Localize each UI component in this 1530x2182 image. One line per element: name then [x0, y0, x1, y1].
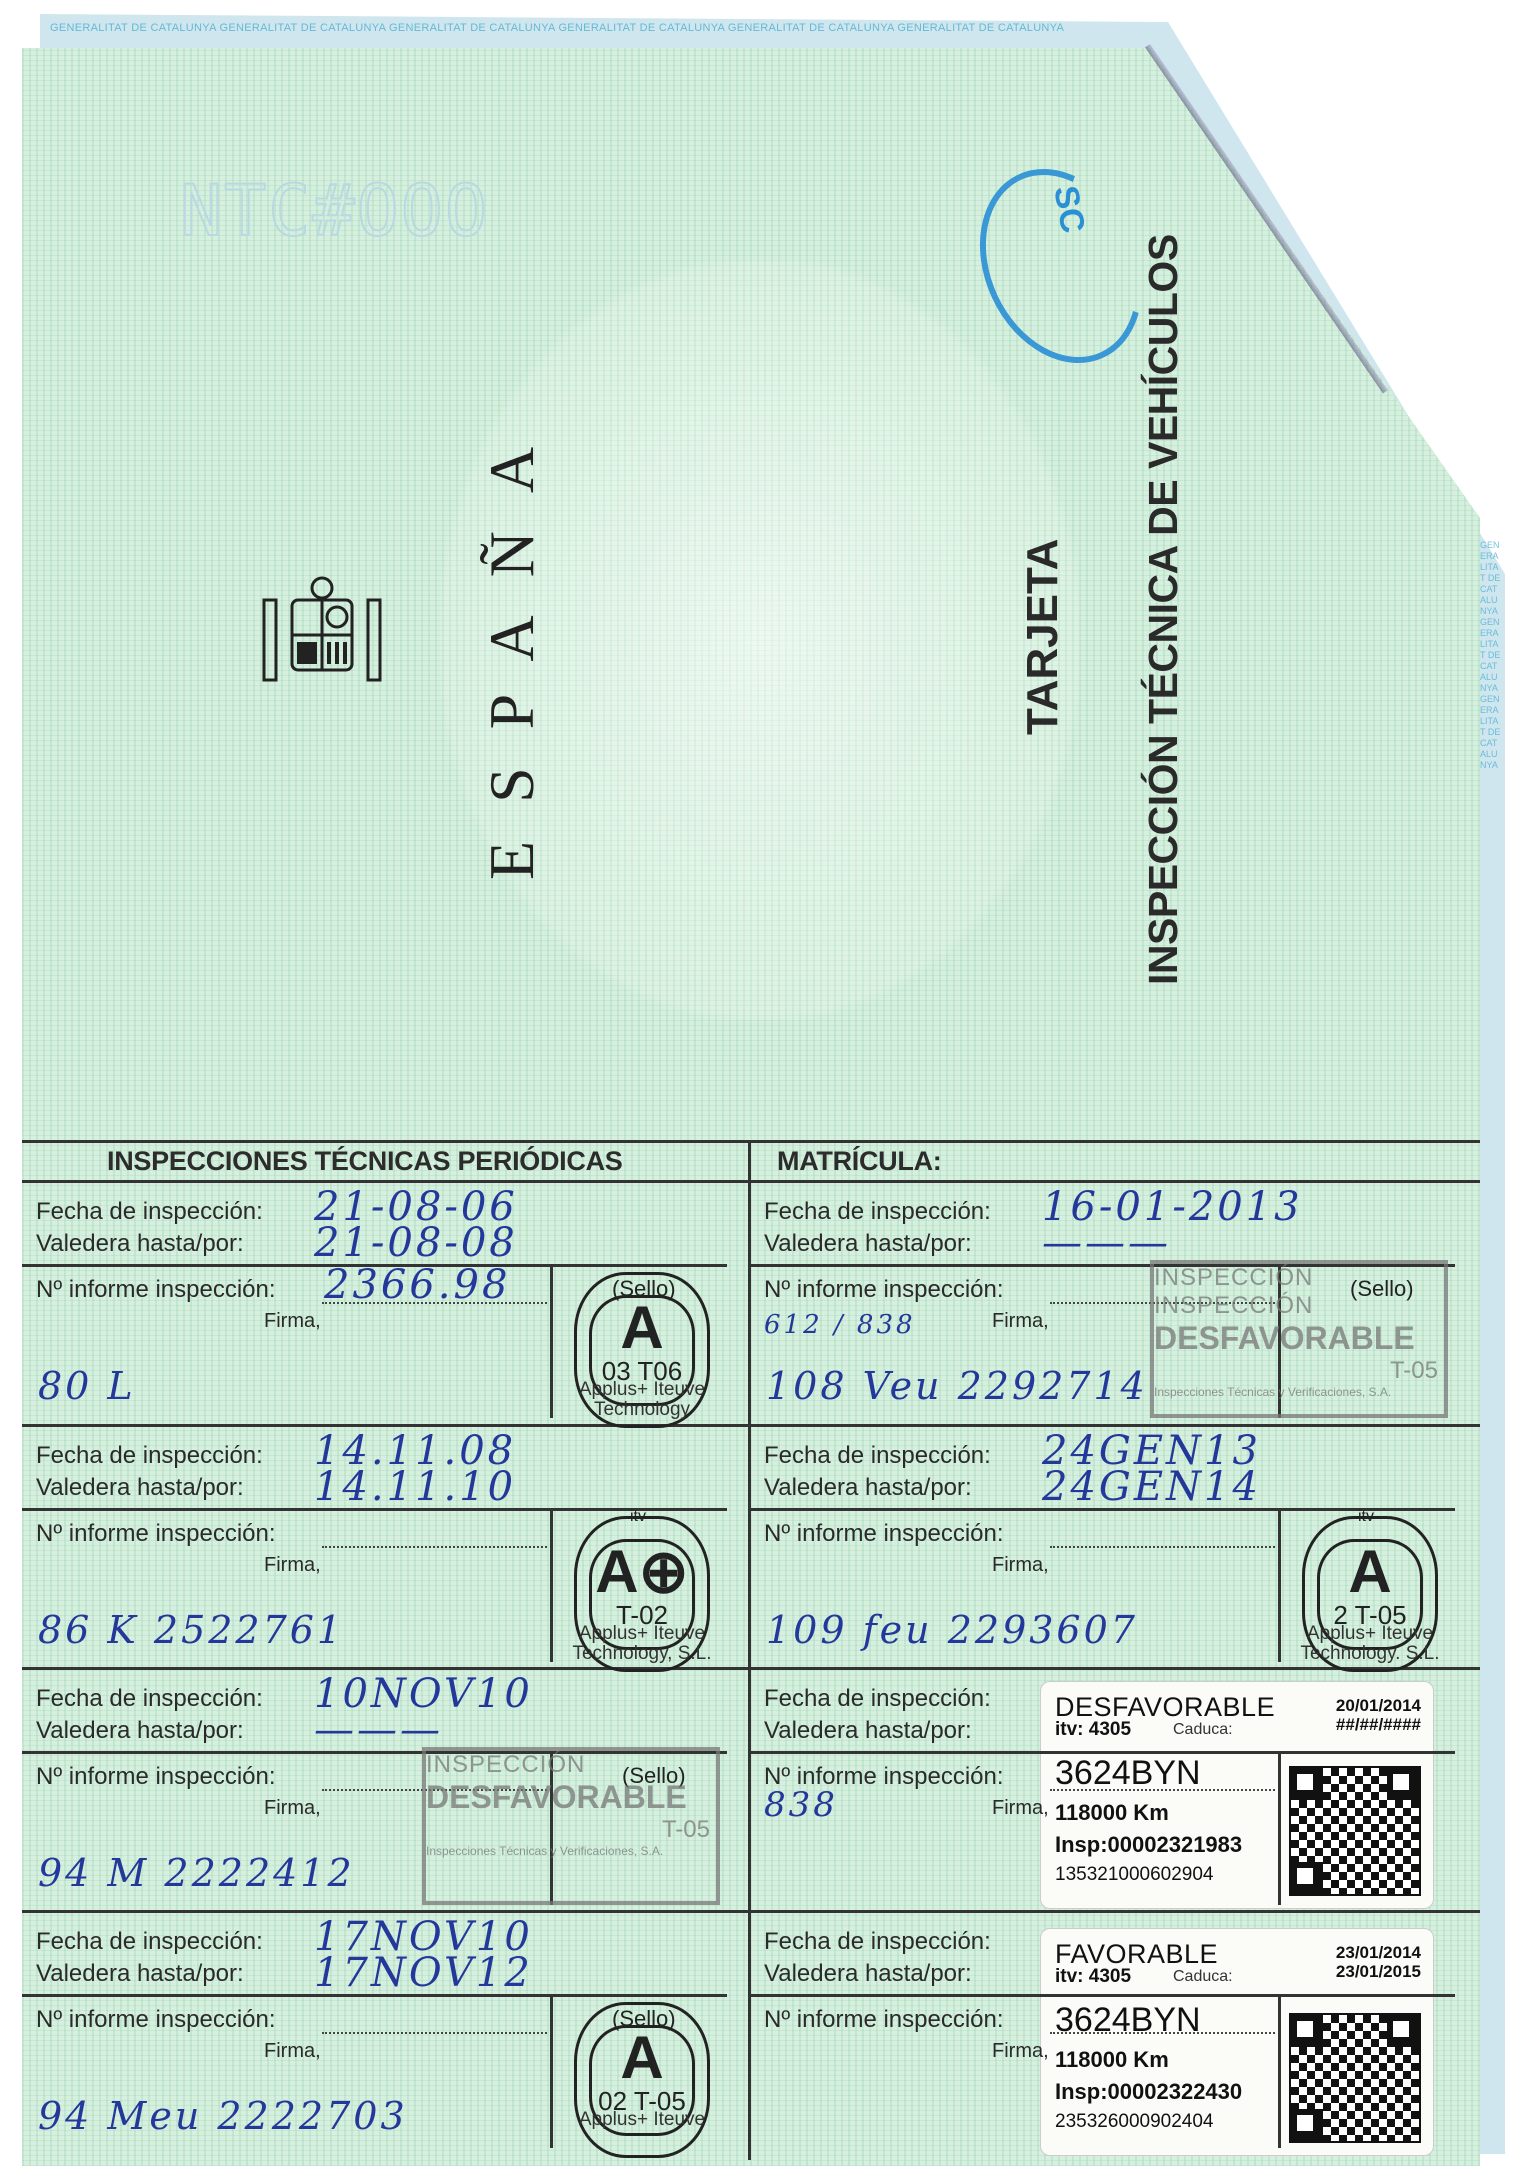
informe-dotted-line	[1050, 1789, 1275, 1791]
signature-note: 86 K 2522761	[38, 1608, 344, 1652]
inspection-entry: Fecha de inspección:Valedera hasta/por:N…	[750, 1667, 1455, 1905]
signature-note: 94 Meu 2222703	[38, 2094, 408, 2138]
perforated-number: NTC#OOO	[180, 170, 489, 252]
firma-label: Firma,	[264, 2040, 321, 2063]
stamp-letter: A	[592, 2028, 692, 2088]
section-header-right: MATRÍCULA:	[777, 1146, 941, 1177]
stamp-line4: Inspecciones Técnicas y Verificaciones, …	[1154, 1385, 1444, 1399]
firma-label: Firma,	[992, 1554, 1049, 1577]
fecha-label: Fecha de inspección:	[764, 1928, 991, 1956]
divider	[750, 1751, 1455, 1754]
stamp-letter: A	[1320, 1542, 1420, 1602]
valedera-value: 21-08-08	[314, 1220, 518, 1266]
valedera-label: Valedera hasta/por:	[36, 1474, 244, 1502]
firma-label: Firma,	[992, 2040, 1049, 2063]
valedera-label: Valedera hasta/por:	[764, 1474, 972, 1502]
valedera-label: Valedera hasta/por:	[764, 1717, 972, 1745]
informe-label: Nº informe inspección:	[764, 1520, 1004, 1548]
informe-label: Nº informe inspección:	[764, 1276, 1004, 1304]
inspection-entry: Fecha de inspección:Valedera hasta/por:N…	[22, 1180, 727, 1418]
stamp-letter: A	[592, 1298, 692, 1358]
informe-label: Nº informe inspección:	[36, 1520, 276, 1548]
fecha-label: Fecha de inspección:	[764, 1442, 991, 1470]
stamp-caption: Applus+ Iteuve Technology	[562, 1380, 722, 1420]
divider	[22, 1140, 1480, 1143]
fecha-label: Fecha de inspección:	[36, 1928, 263, 1956]
inspection-entry: Fecha de inspección:Valedera hasta/por:N…	[750, 1910, 1455, 2148]
inspection-entry: Fecha de inspección:Valedera hasta/por:N…	[750, 1180, 1455, 1418]
informe-label: Nº informe inspección:	[36, 2006, 276, 2034]
informe-dotted-line	[1050, 2032, 1275, 2034]
signature-note: 94 M 2222412	[38, 1851, 355, 1895]
stamp-line3: T-05	[426, 1816, 716, 1844]
stamp-line4: Inspecciones Técnicas y Verificaciones, …	[426, 1844, 716, 1858]
informe-label: Nº informe inspección:	[764, 2006, 1004, 2034]
stamp-line1: INSPECCIÓN INSPECCIÓN	[1154, 1264, 1444, 1320]
blue-stamp-text: SC	[1045, 183, 1092, 236]
valedera-label: Valedera hasta/por:	[36, 1960, 244, 1988]
firma-label: Firma,	[264, 1554, 321, 1577]
card-title-line2: INSPECCIÓN TÉCNICA DE VEHÍCULOS	[1140, 234, 1187, 985]
firma-label: Firma,	[264, 1310, 321, 1333]
inspection-station-stamp: A02 T-05	[574, 2002, 710, 2158]
fecha-label: Fecha de inspección:	[36, 1198, 263, 1226]
perforated-text: NTC#OOO	[180, 170, 489, 252]
firma-label: Firma,	[992, 1310, 1049, 1333]
valedera-value: 24GEN14	[1042, 1464, 1261, 1510]
informe-value: 838	[764, 1785, 838, 1825]
inspection-entry: Fecha de inspección:Valedera hasta/por:N…	[750, 1424, 1455, 1662]
signature-note: 108 Veu 2292714	[766, 1364, 1148, 1408]
stamp-divider	[550, 1264, 553, 1418]
valedera-label: Valedera hasta/por:	[36, 1717, 244, 1745]
divider	[750, 1994, 1455, 1997]
stamp-divider	[1278, 1508, 1281, 1662]
stamp-line2: DESFAVORABLE	[426, 1779, 716, 1816]
valedera-label: Valedera hasta/por:	[764, 1960, 972, 1988]
informe-dotted-line	[322, 2032, 547, 2034]
fecha-label: Fecha de inspección:	[764, 1685, 991, 1713]
informe-value: 2366.98	[324, 1262, 510, 1308]
section-header-left: INSPECCIONES TÉCNICAS PERIÓDICAS	[107, 1146, 622, 1177]
stamp-divider	[1278, 1994, 1281, 2148]
signature-note: 109 feu 2293607	[766, 1608, 1138, 1652]
signature-note: 80 L	[38, 1364, 136, 1408]
rejection-stamp: INSPECCIÓNDESFAVORABLET-05Inspecciones T…	[422, 1747, 720, 1905]
rejection-stamp: INSPECCIÓN INSPECCIÓNDESFAVORABLET-05Ins…	[1150, 1260, 1448, 1418]
stamp-top-label: itv	[630, 1508, 646, 1526]
valedera-value: 17NOV12	[314, 1950, 533, 1996]
informe-label: Nº informe inspección:	[36, 1276, 276, 1304]
stamp-letter: A⊕	[592, 1542, 692, 1602]
stamp-line3: T-05	[1154, 1357, 1444, 1385]
firma-label: Firma,	[992, 1797, 1049, 1820]
card-title-line1: TARJETA	[1018, 539, 1068, 735]
informe-dotted-line	[322, 1546, 547, 1548]
coat-of-arms-icon	[252, 570, 392, 710]
stamp-divider	[550, 1508, 553, 1662]
stamp-divider	[1278, 1751, 1281, 1905]
stamp-divider	[550, 1994, 553, 2148]
fecha-label: Fecha de inspección:	[764, 1198, 991, 1226]
inspection-entry: Fecha de inspección:Valedera hasta/por:N…	[22, 1910, 727, 2148]
inspection-entry: Fecha de inspección:Valedera hasta/por:N…	[22, 1667, 727, 1905]
firma-label: Firma,	[264, 1797, 321, 1820]
stamp-top-label: itv	[1358, 1508, 1374, 1526]
margin-note: 612 / 838	[764, 1310, 916, 1340]
stamp-caption: Applus+ Iteuve Technology, S.L.	[562, 1624, 722, 1664]
country-label: ESPAÑA	[475, 409, 549, 880]
stamp-line2: DESFAVORABLE	[1154, 1320, 1444, 1357]
valedera-label: Valedera hasta/por:	[36, 1230, 244, 1258]
stamp-caption: Applus+ Iteuve	[562, 2110, 722, 2130]
valedera-value: 14.11.10	[314, 1464, 516, 1510]
fecha-label: Fecha de inspección:	[36, 1685, 263, 1713]
informe-dotted-line	[1050, 1546, 1275, 1548]
informe-label: Nº informe inspección:	[36, 1763, 276, 1791]
stamp-caption: Applus+ Iteuve Technology. S.L.	[1290, 1624, 1450, 1664]
side-microtext: GENERALITAT DE CATALUNYA GENERALITAT DE …	[1480, 540, 1502, 1160]
stamp-line1: INSPECCIÓN	[426, 1751, 716, 1779]
inspection-entry: Fecha de inspección:Valedera hasta/por:N…	[22, 1424, 727, 1662]
fecha-label: Fecha de inspección:	[36, 1442, 263, 1470]
valedera-label: Valedera hasta/por:	[764, 1230, 972, 1258]
